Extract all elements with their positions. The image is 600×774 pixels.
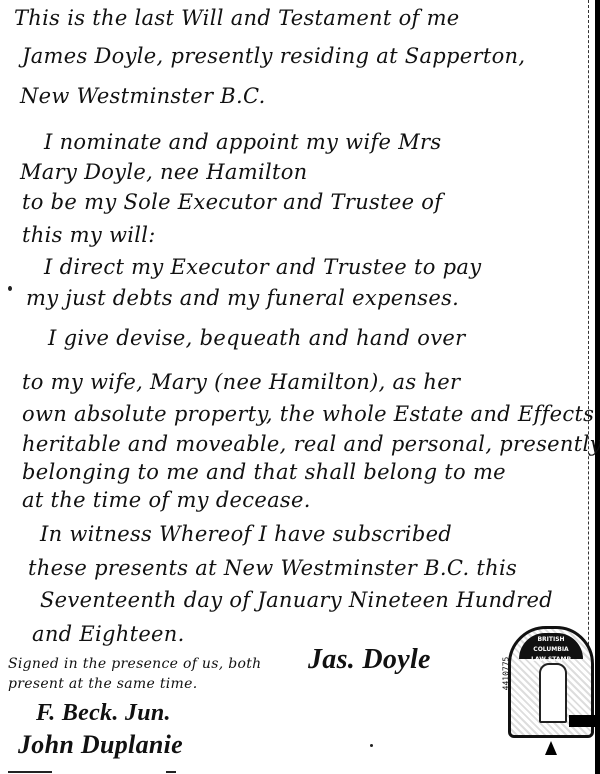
will-line-9: my just debts and my funeral expenses. xyxy=(26,286,459,310)
scan-edge-mark xyxy=(8,771,52,773)
will-line-1: This is the last Will and Testament of m… xyxy=(14,6,460,30)
testator-signature: Jas. Doyle xyxy=(308,644,431,676)
will-line-6: to be my Sole Executor and Trustee of xyxy=(22,190,442,214)
will-line-18: Seventeenth day of January Nineteen Hund… xyxy=(40,588,553,612)
will-line-15: at the time of my decease. xyxy=(22,488,311,512)
law-stamp-serial: 4410775 xyxy=(501,657,510,691)
will-line-7: this my will: xyxy=(22,223,156,247)
will-line-19: and Eighteen. xyxy=(32,622,185,646)
scan-edge-bar xyxy=(595,0,600,774)
witness-signature-2: John Duplanie xyxy=(18,730,183,760)
will-line-2: James Doyle, presently residing at Sappe… xyxy=(22,44,525,68)
witness-signature-1: F. Beck. Jun. xyxy=(36,700,171,727)
scan-speck xyxy=(370,744,373,747)
law-stamp: BRITISH COLUMBIA LAW STAMP 4410775 xyxy=(508,626,594,738)
law-stamp-figure-icon xyxy=(539,663,567,723)
will-document-page: This is the last Will and Testament of m… xyxy=(0,0,600,774)
will-line-8: I direct my Executor and Trustee to pay xyxy=(44,255,481,279)
scan-margin-line xyxy=(588,0,590,720)
will-line-17: these presents at New Westminster B.C. t… xyxy=(28,556,517,580)
scan-speck xyxy=(8,286,12,291)
law-stamp-banner: BRITISH COLUMBIA LAW STAMP xyxy=(519,633,583,659)
will-line-13: heritable and moveable, real and persona… xyxy=(22,432,600,456)
scan-edge-mark xyxy=(166,771,176,773)
will-line-3: New Westminster B.C. xyxy=(20,84,266,108)
will-line-10: I give devise, bequeath and hand over xyxy=(48,326,465,350)
law-stamp-label-bottom: LAW STAMP xyxy=(531,656,571,663)
will-line-5: Mary Doyle, nee Hamilton xyxy=(20,160,307,184)
will-line-11: to my wife, Mary (nee Hamilton), as her xyxy=(22,370,460,394)
attestation-line-1: Signed in the presence of us, both xyxy=(8,656,261,672)
attestation-line-2: present at the same time. xyxy=(8,676,197,692)
will-line-14: belonging to me and that shall belong to… xyxy=(22,460,506,484)
law-stamp-cancel-mark xyxy=(569,715,599,727)
will-line-4: I nominate and appoint my wife Mrs xyxy=(44,130,441,154)
law-stamp-label-top: BRITISH COLUMBIA xyxy=(533,636,568,653)
law-stamp-base-mark xyxy=(545,741,557,755)
will-line-12: own absolute property, the whole Estate … xyxy=(22,402,594,426)
will-line-16: In witness Whereof I have subscribed xyxy=(40,522,452,546)
